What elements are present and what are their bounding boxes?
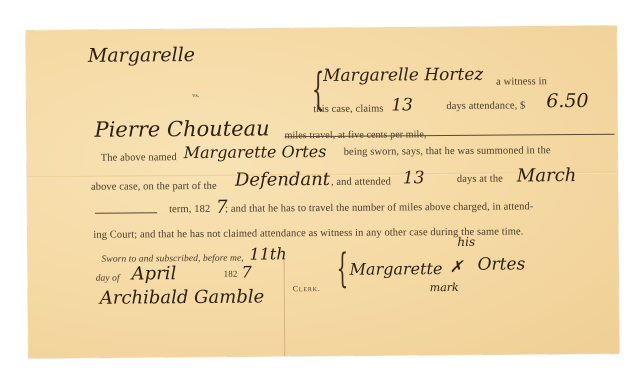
- affidavit-text-term: term, 182: [169, 204, 210, 215]
- signature-mark-x: ✗: [450, 257, 464, 276]
- jurat-text-day-of: day of: [96, 274, 120, 284]
- affidavit-party: Defendant: [235, 169, 330, 191]
- claim-amount: 6.50: [546, 90, 588, 112]
- claim-text-claims: this case, claims: [313, 104, 383, 116]
- jurat-year-digit: 7: [242, 263, 252, 282]
- jurat-month: April: [132, 263, 177, 284]
- jurat-year-prefix: 182: [224, 269, 238, 279]
- affidavit-text-above-named: The above named: [101, 152, 177, 164]
- affidavit-text-above-case: above case, on the part of the: [91, 181, 217, 193]
- versus-label: vs.: [192, 93, 199, 99]
- affidavit-days: 13: [403, 168, 425, 188]
- brace-icon: {: [336, 246, 348, 292]
- tear-line: [284, 258, 286, 356]
- document-paper: Margarelle vs. Pierre Chouteau { Margare…: [26, 26, 620, 359]
- affidavit-witness-name: Margarette Ortes: [184, 142, 327, 162]
- affidavit-text-travel: ; and that he has to travel the number o…: [225, 201, 533, 214]
- defendant-name: Pierre Chouteau: [94, 116, 269, 141]
- affidavit-text-sworn: being sworn, says, that he was summoned …: [344, 145, 551, 158]
- affidavit-text-days-at: days at the: [457, 174, 503, 185]
- jurat-day: 11th: [249, 244, 286, 263]
- claim-days: 13: [391, 95, 413, 115]
- claim-text-days-attendance: days attendance, $: [446, 100, 525, 112]
- blank-line: [95, 212, 157, 213]
- clerk-signature: Archibald Gamble: [100, 286, 265, 308]
- claim-text-witness: a witness in: [496, 76, 547, 87]
- affidavit-term-month: March: [517, 165, 577, 186]
- signature-his: his: [457, 235, 475, 249]
- signature-surname: Ortes: [477, 254, 525, 274]
- plaintiff-name: Margarelle: [88, 44, 195, 67]
- claim-witness-name: Margarelle Hortez: [323, 65, 483, 86]
- signature-mark-label: mark: [430, 281, 459, 294]
- clerk-label: Clerk.: [293, 284, 321, 293]
- signature-name: Margarette: [350, 259, 443, 279]
- affidavit-text-attended: , and attended: [331, 176, 391, 187]
